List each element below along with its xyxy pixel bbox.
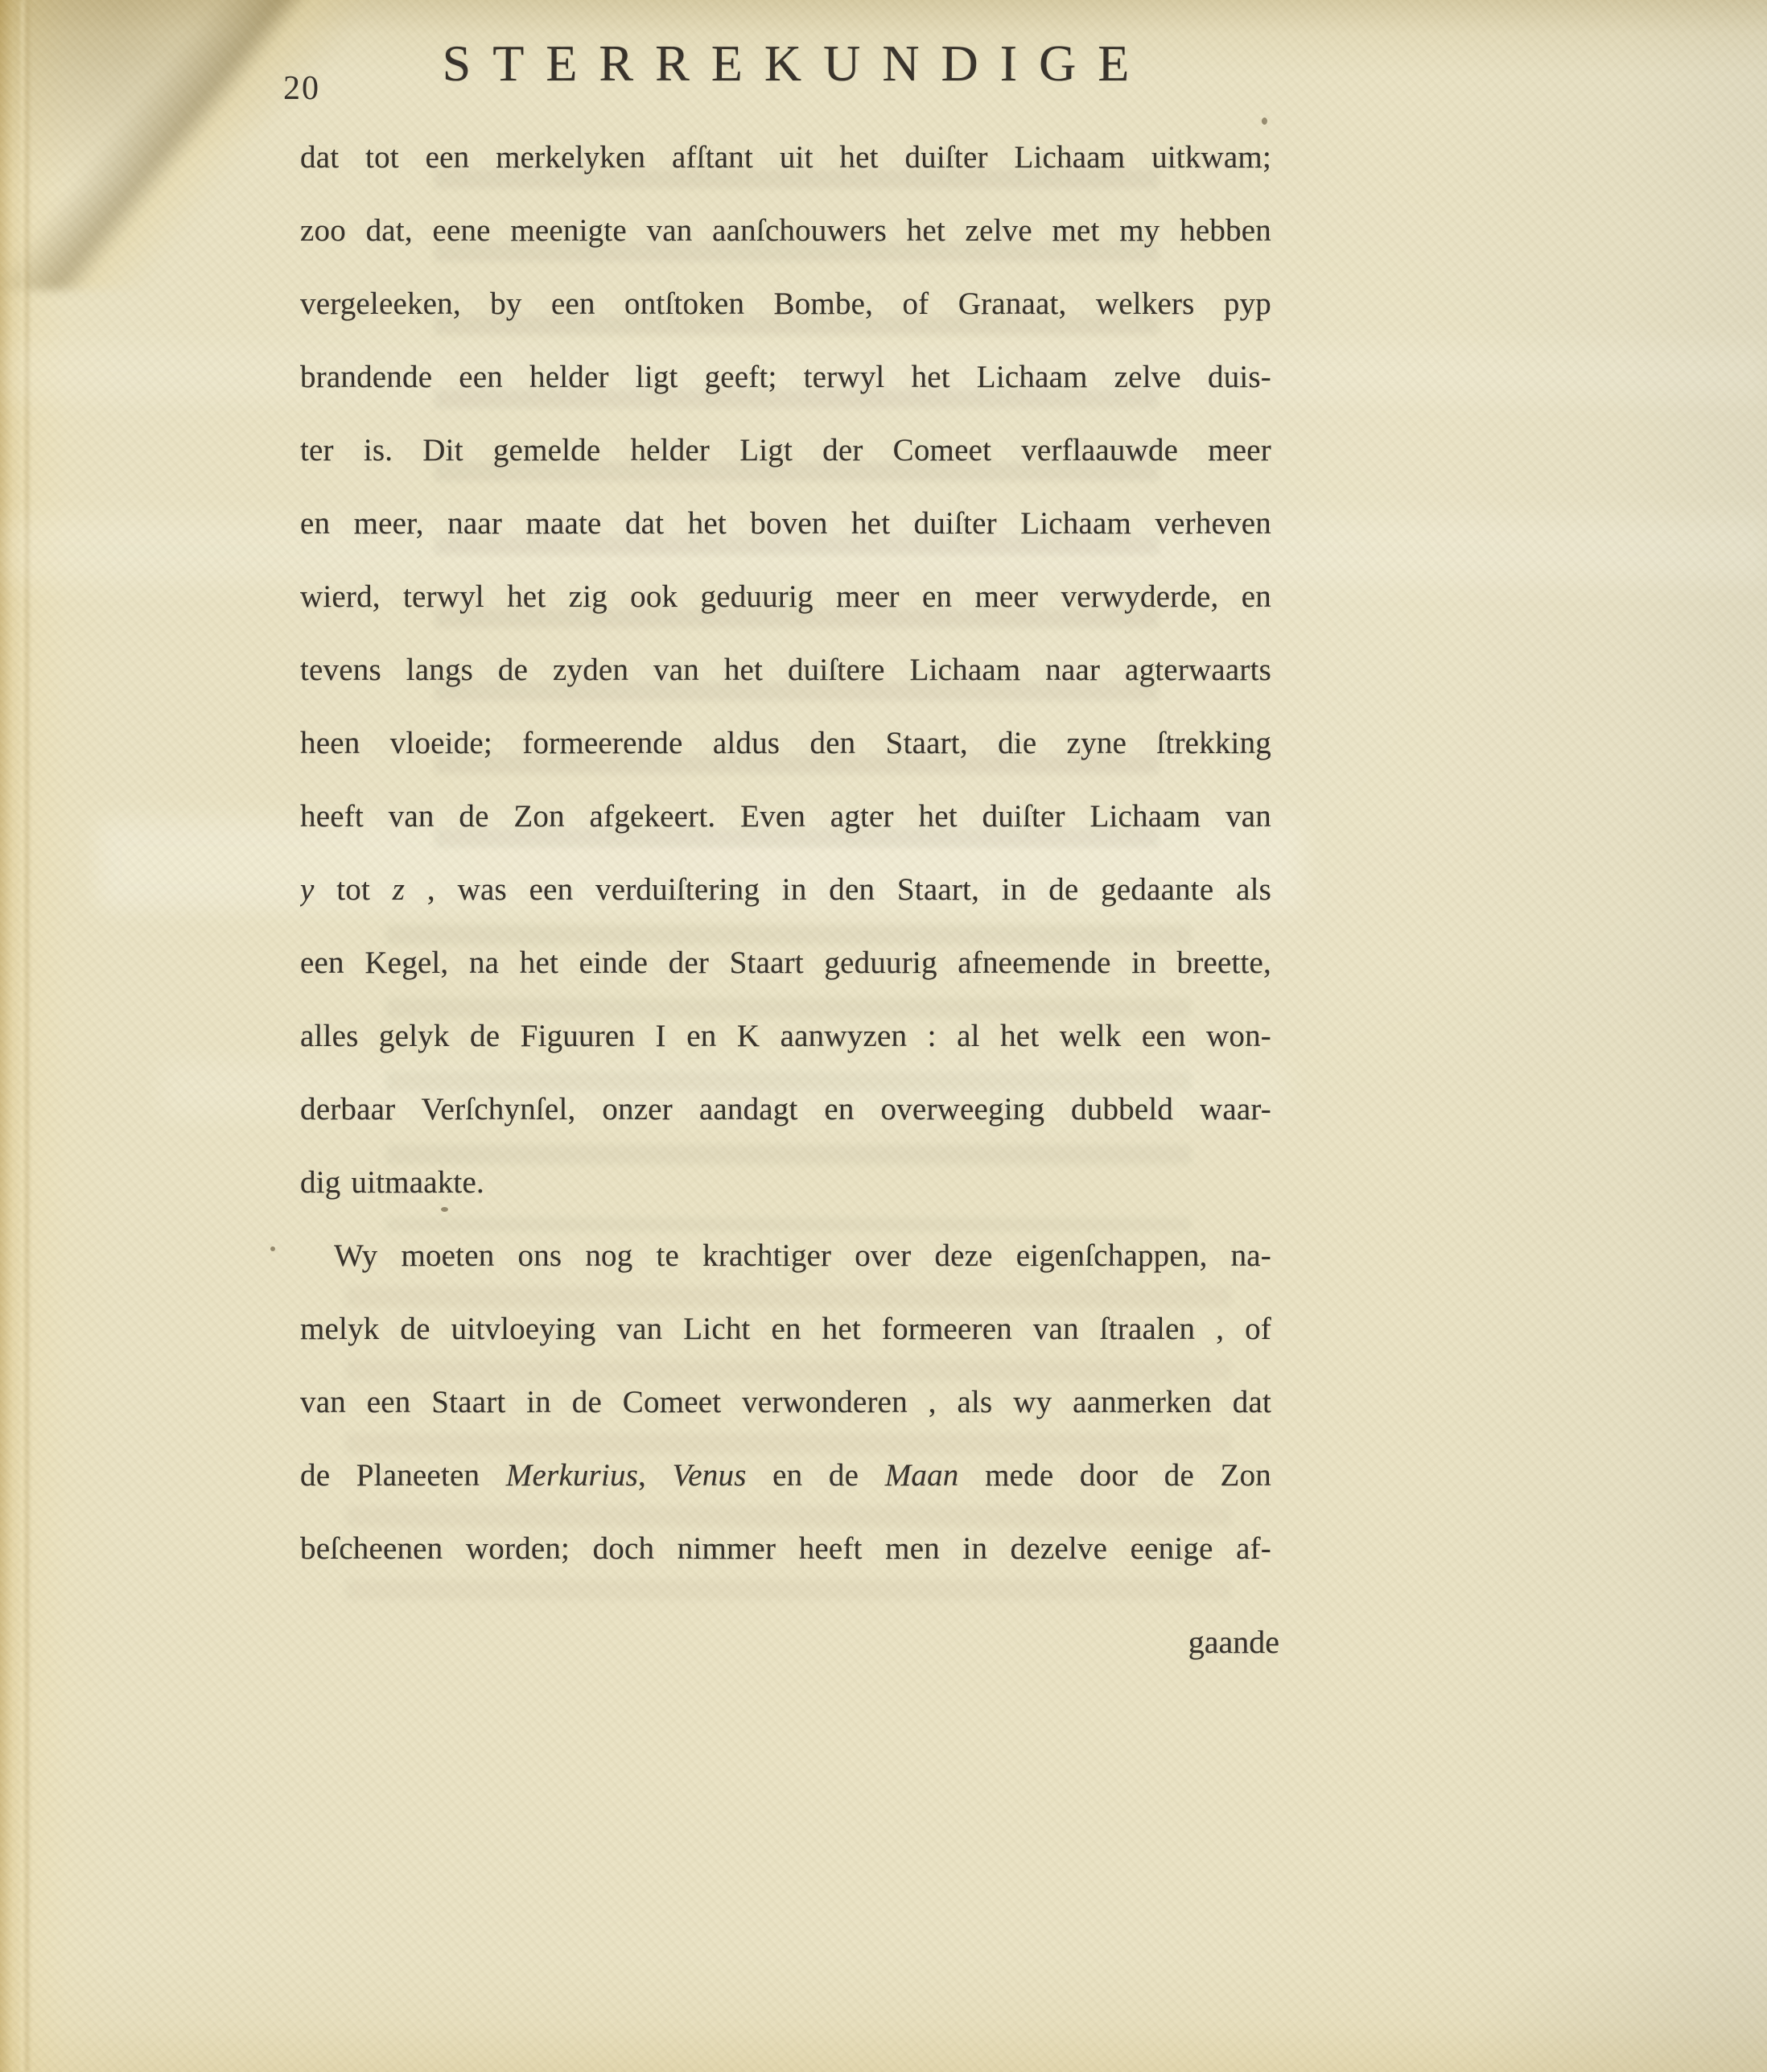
text-line: heeft van de Zon afgekeert. Even agter h… [300,780,1271,853]
text-line: dat tot een merkelyken afſtant uit het d… [300,121,1271,194]
book-page-scan: 20 STERREKUNDIGE dat tot een merkelyken … [0,0,1767,2072]
body-text: dat tot een merkelyken afſtant uit het d… [300,121,1271,1585]
text-line: dig uitmaakte. [300,1146,1271,1219]
text-line: tevens langs de zyden van het duiſtere L… [300,633,1271,706]
text-line: beſcheenen worden; doch nimmer heeft men… [300,1512,1271,1585]
text-line: ter is. Dit gemelde helder Ligt der Come… [300,414,1271,487]
text-line: de Planeeten Merkurius, Venus en de Maan… [300,1439,1271,1512]
text-line: zoo dat, eene meenigte van aanſchouwers … [300,194,1271,267]
paper-texture-left-crease [21,0,29,2072]
text-line: y tot z , was een verduiſtering in den S… [300,853,1271,926]
text-line: melyk de uitvloeying van Licht en het fo… [300,1292,1271,1366]
text-line: Wy moeten ons nog te krachtiger over dez… [300,1219,1271,1292]
catchword: gaande [1188,1605,1279,1679]
text-line: derbaar Verſchynſel, onzer aandagt en ov… [300,1073,1271,1146]
text-line: en meer, naar maate dat het boven het du… [300,487,1271,560]
text-line: heen vloeide; formeerende aldus den Staa… [300,706,1271,780]
text-line: wierd, terwyl het zig ook geduurig meer … [300,560,1271,633]
text-line: brandende een helder ligt geeft; terwyl … [300,340,1271,414]
text-line: vergeleeken, by een ontſtoken Bombe, of … [300,267,1271,340]
running-title: STERREKUNDIGE [300,34,1271,93]
ink-speck [270,1246,275,1251]
text-line: alles gelyk de Figuuren I en K aanwyzen … [300,999,1271,1073]
text-line: een Kegel, na het einde der Staart geduu… [300,926,1271,999]
text-line: van een Staart in de Comeet verwonderen … [300,1366,1271,1439]
